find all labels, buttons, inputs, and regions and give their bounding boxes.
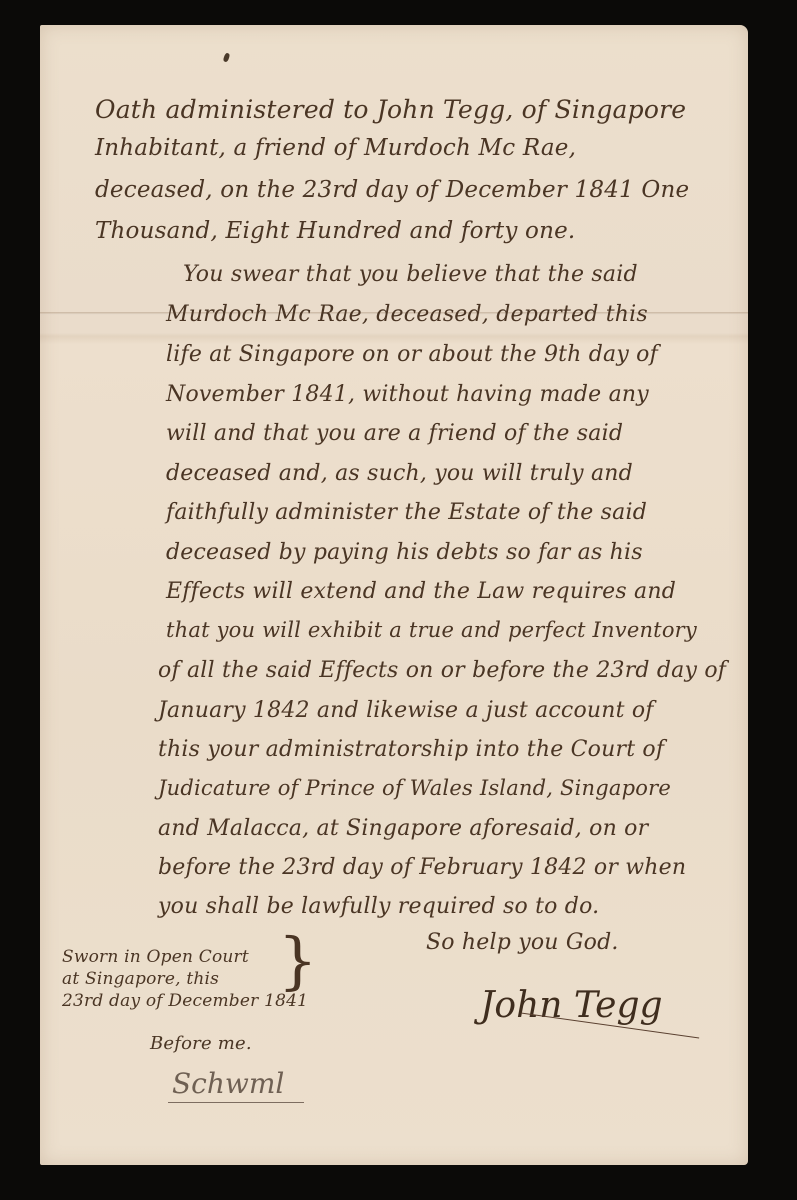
body-line-11: of all the said Effects on or before the… [158, 658, 726, 683]
body-line-9: Effects will extend and the Law requires… [166, 579, 676, 604]
document-page: Oath administered to John Tegg, of Singa… [40, 25, 748, 1165]
attestation-line-2: at Singapore, this [62, 969, 219, 989]
body-line-2: Murdoch Mc Rae, deceased, departed this [166, 302, 648, 327]
attestation-line-1: Sworn in Open Court [62, 947, 249, 967]
closing-phrase: So help you God. [426, 930, 619, 955]
before-me-label: Before me. [150, 1033, 252, 1054]
body-line-10: that you will exhibit a true and perfect… [166, 618, 697, 642]
body-line-17: you shall be lawfully required so to do. [158, 894, 599, 919]
body-line-7: faithfully administer the Estate of the … [166, 500, 647, 525]
body-line-1: You swear that you believe that the said [183, 262, 638, 287]
body-line-15: and Malacca, at Singapore aforesaid, on … [158, 816, 648, 841]
ink-blot [223, 52, 231, 62]
heading-line-1: Oath administered to John Tegg, of Singa… [95, 95, 686, 124]
body-line-6: deceased and, as such, you will truly an… [166, 461, 633, 486]
heading-line-2: Inhabitant, a friend of Murdoch Mc Rae, [95, 135, 576, 161]
attestation-brace: } [278, 930, 317, 992]
body-line-14: Judicature of Prince of Wales Island, Si… [158, 776, 671, 800]
body-line-13: this your administratorship into the Cou… [158, 737, 664, 762]
attestation-line-3: 23rd day of December 1841 [62, 991, 308, 1011]
body-line-4: November 1841, without having made any [166, 382, 649, 407]
body-line-5: will and that you are a friend of the sa… [166, 421, 623, 446]
body-line-3: life at Singapore on or about the 9th da… [166, 342, 658, 367]
heading-line-3: deceased, on the 23rd day of December 18… [95, 177, 689, 203]
signature-judge: Schwml [168, 1067, 304, 1103]
body-line-16: before the 23rd day of February 1842 or … [158, 855, 686, 880]
body-line-8: deceased by paying his debts so far as h… [166, 540, 643, 565]
body-line-12: January 1842 and likewise a just account… [158, 698, 654, 723]
heading-line-4: Thousand, Eight Hundred and forty one. [95, 218, 575, 244]
